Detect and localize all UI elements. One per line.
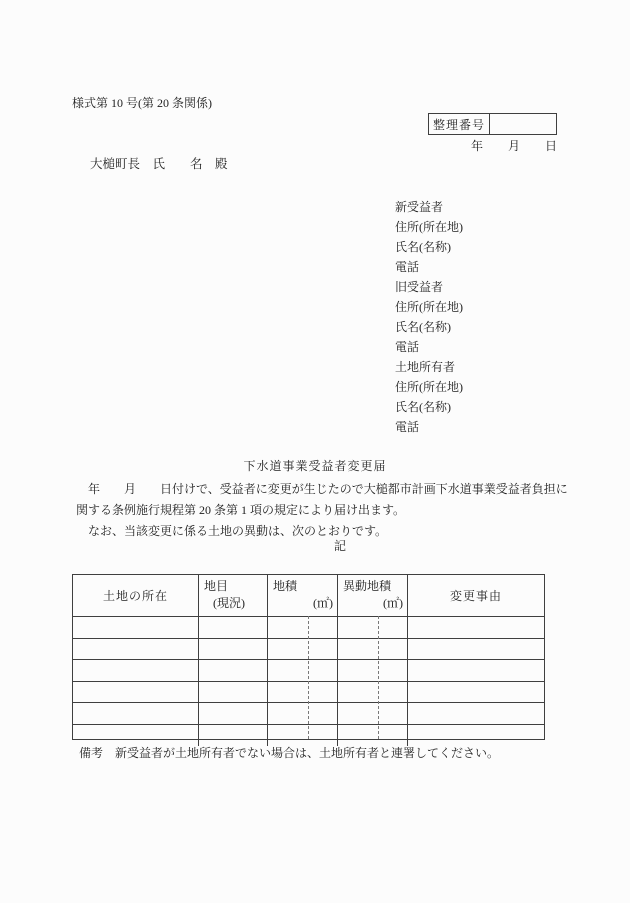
cell-area <box>268 703 338 724</box>
cell-land-category <box>199 703 268 724</box>
cell-change-reason <box>408 703 544 724</box>
cell-land-category <box>199 725 268 746</box>
record-marker: 記 <box>334 537 346 554</box>
cell-changed-area <box>338 703 408 724</box>
addressee-line: 大槌町長 氏 名 殿 <box>90 154 228 172</box>
land-change-table: 土地の所在 地目 (現況) 地積 (㎡) 異動地積 (㎡) 変更事由 <box>72 574 545 740</box>
date-line: 年 月 日 <box>471 137 557 154</box>
form-number-label: 様式第 10 号(第 20 条関係) <box>72 94 212 111</box>
cell-change-reason <box>408 639 544 660</box>
body-line: 関する条例施行規程第 20 条第 1 項の規定により届け出ます。 <box>76 500 568 521</box>
cell-changed-area <box>338 639 408 660</box>
cell-changed-area <box>338 617 408 638</box>
cell-land-location <box>73 703 199 724</box>
cell-land-location <box>73 682 199 703</box>
cell-land-location <box>73 639 199 660</box>
reference-number-value <box>490 114 556 134</box>
col-header-area: 地積 (㎡) <box>268 575 338 616</box>
party-line: 電話 <box>395 417 463 437</box>
cell-changed-area <box>338 725 408 746</box>
cell-land-category <box>199 639 268 660</box>
date-year-label: 年 <box>471 137 483 154</box>
date-month-label: 月 <box>508 137 520 154</box>
cell-change-reason <box>408 617 544 638</box>
party-line: 氏名(名称) <box>395 237 463 257</box>
party-line: 氏名(名称) <box>395 397 463 417</box>
party-line: 土地所有者 <box>395 357 463 377</box>
table-header-row: 土地の所在 地目 (現況) 地積 (㎡) 異動地積 (㎡) 変更事由 <box>73 575 544 616</box>
cell-land-category <box>199 617 268 638</box>
reference-number-label: 整理番号 <box>429 114 490 134</box>
col-header-changed-area: 異動地積 (㎡) <box>338 575 408 616</box>
col-header-change-reason: 変更事由 <box>408 575 544 616</box>
party-line: 旧受益者 <box>395 277 463 297</box>
area-decimal-dotted-line <box>308 616 309 739</box>
document-title: 下水道事業受益者変更届 <box>0 457 630 474</box>
cell-changed-area <box>338 682 408 703</box>
body-paragraph: 年 月 日付けで、受益者に変更が生じたので大槌都市計画下水道事業受益者負担に 関… <box>76 479 568 542</box>
form-page: 様式第 10 号(第 20 条関係) 整理番号 年 月 日 大槌町長 氏 名 殿… <box>0 0 630 903</box>
cell-change-reason <box>408 725 544 746</box>
cell-area <box>268 660 338 681</box>
cell-change-reason <box>408 682 544 703</box>
parties-block: 新受益者 住所(所在地) 氏名(名称) 電話 旧受益者 住所(所在地) 氏名(名… <box>395 197 463 437</box>
cell-area <box>268 725 338 746</box>
date-day-label: 日 <box>545 137 557 154</box>
party-line: 住所(所在地) <box>395 217 463 237</box>
cell-land-category <box>199 660 268 681</box>
body-line: なお、当該変更に係る土地の異動は、次のとおりです。 <box>76 521 568 542</box>
changed-area-decimal-dotted-line <box>378 616 379 739</box>
cell-land-category <box>199 682 268 703</box>
party-line: 氏名(名称) <box>395 317 463 337</box>
cell-changed-area <box>338 660 408 681</box>
cell-land-location <box>73 660 199 681</box>
party-line: 電話 <box>395 337 463 357</box>
col-header-land-location: 土地の所在 <box>73 575 199 616</box>
col-header-land-category: 地目 (現況) <box>199 575 268 616</box>
remarks-note: 備考 新受益者が土地所有者でない場合は、土地所有者と連署してください。 <box>79 744 499 761</box>
cell-land-location <box>73 725 199 746</box>
party-line: 電話 <box>395 257 463 277</box>
cell-change-reason <box>408 660 544 681</box>
party-line: 住所(所在地) <box>395 297 463 317</box>
cell-area <box>268 617 338 638</box>
cell-land-location <box>73 617 199 638</box>
party-line: 新受益者 <box>395 197 463 217</box>
body-line: 年 月 日付けで、受益者に変更が生じたので大槌都市計画下水道事業受益者負担に <box>76 479 568 500</box>
party-line: 住所(所在地) <box>395 377 463 397</box>
cell-area <box>268 682 338 703</box>
reference-number-box: 整理番号 <box>428 113 557 135</box>
cell-area <box>268 639 338 660</box>
